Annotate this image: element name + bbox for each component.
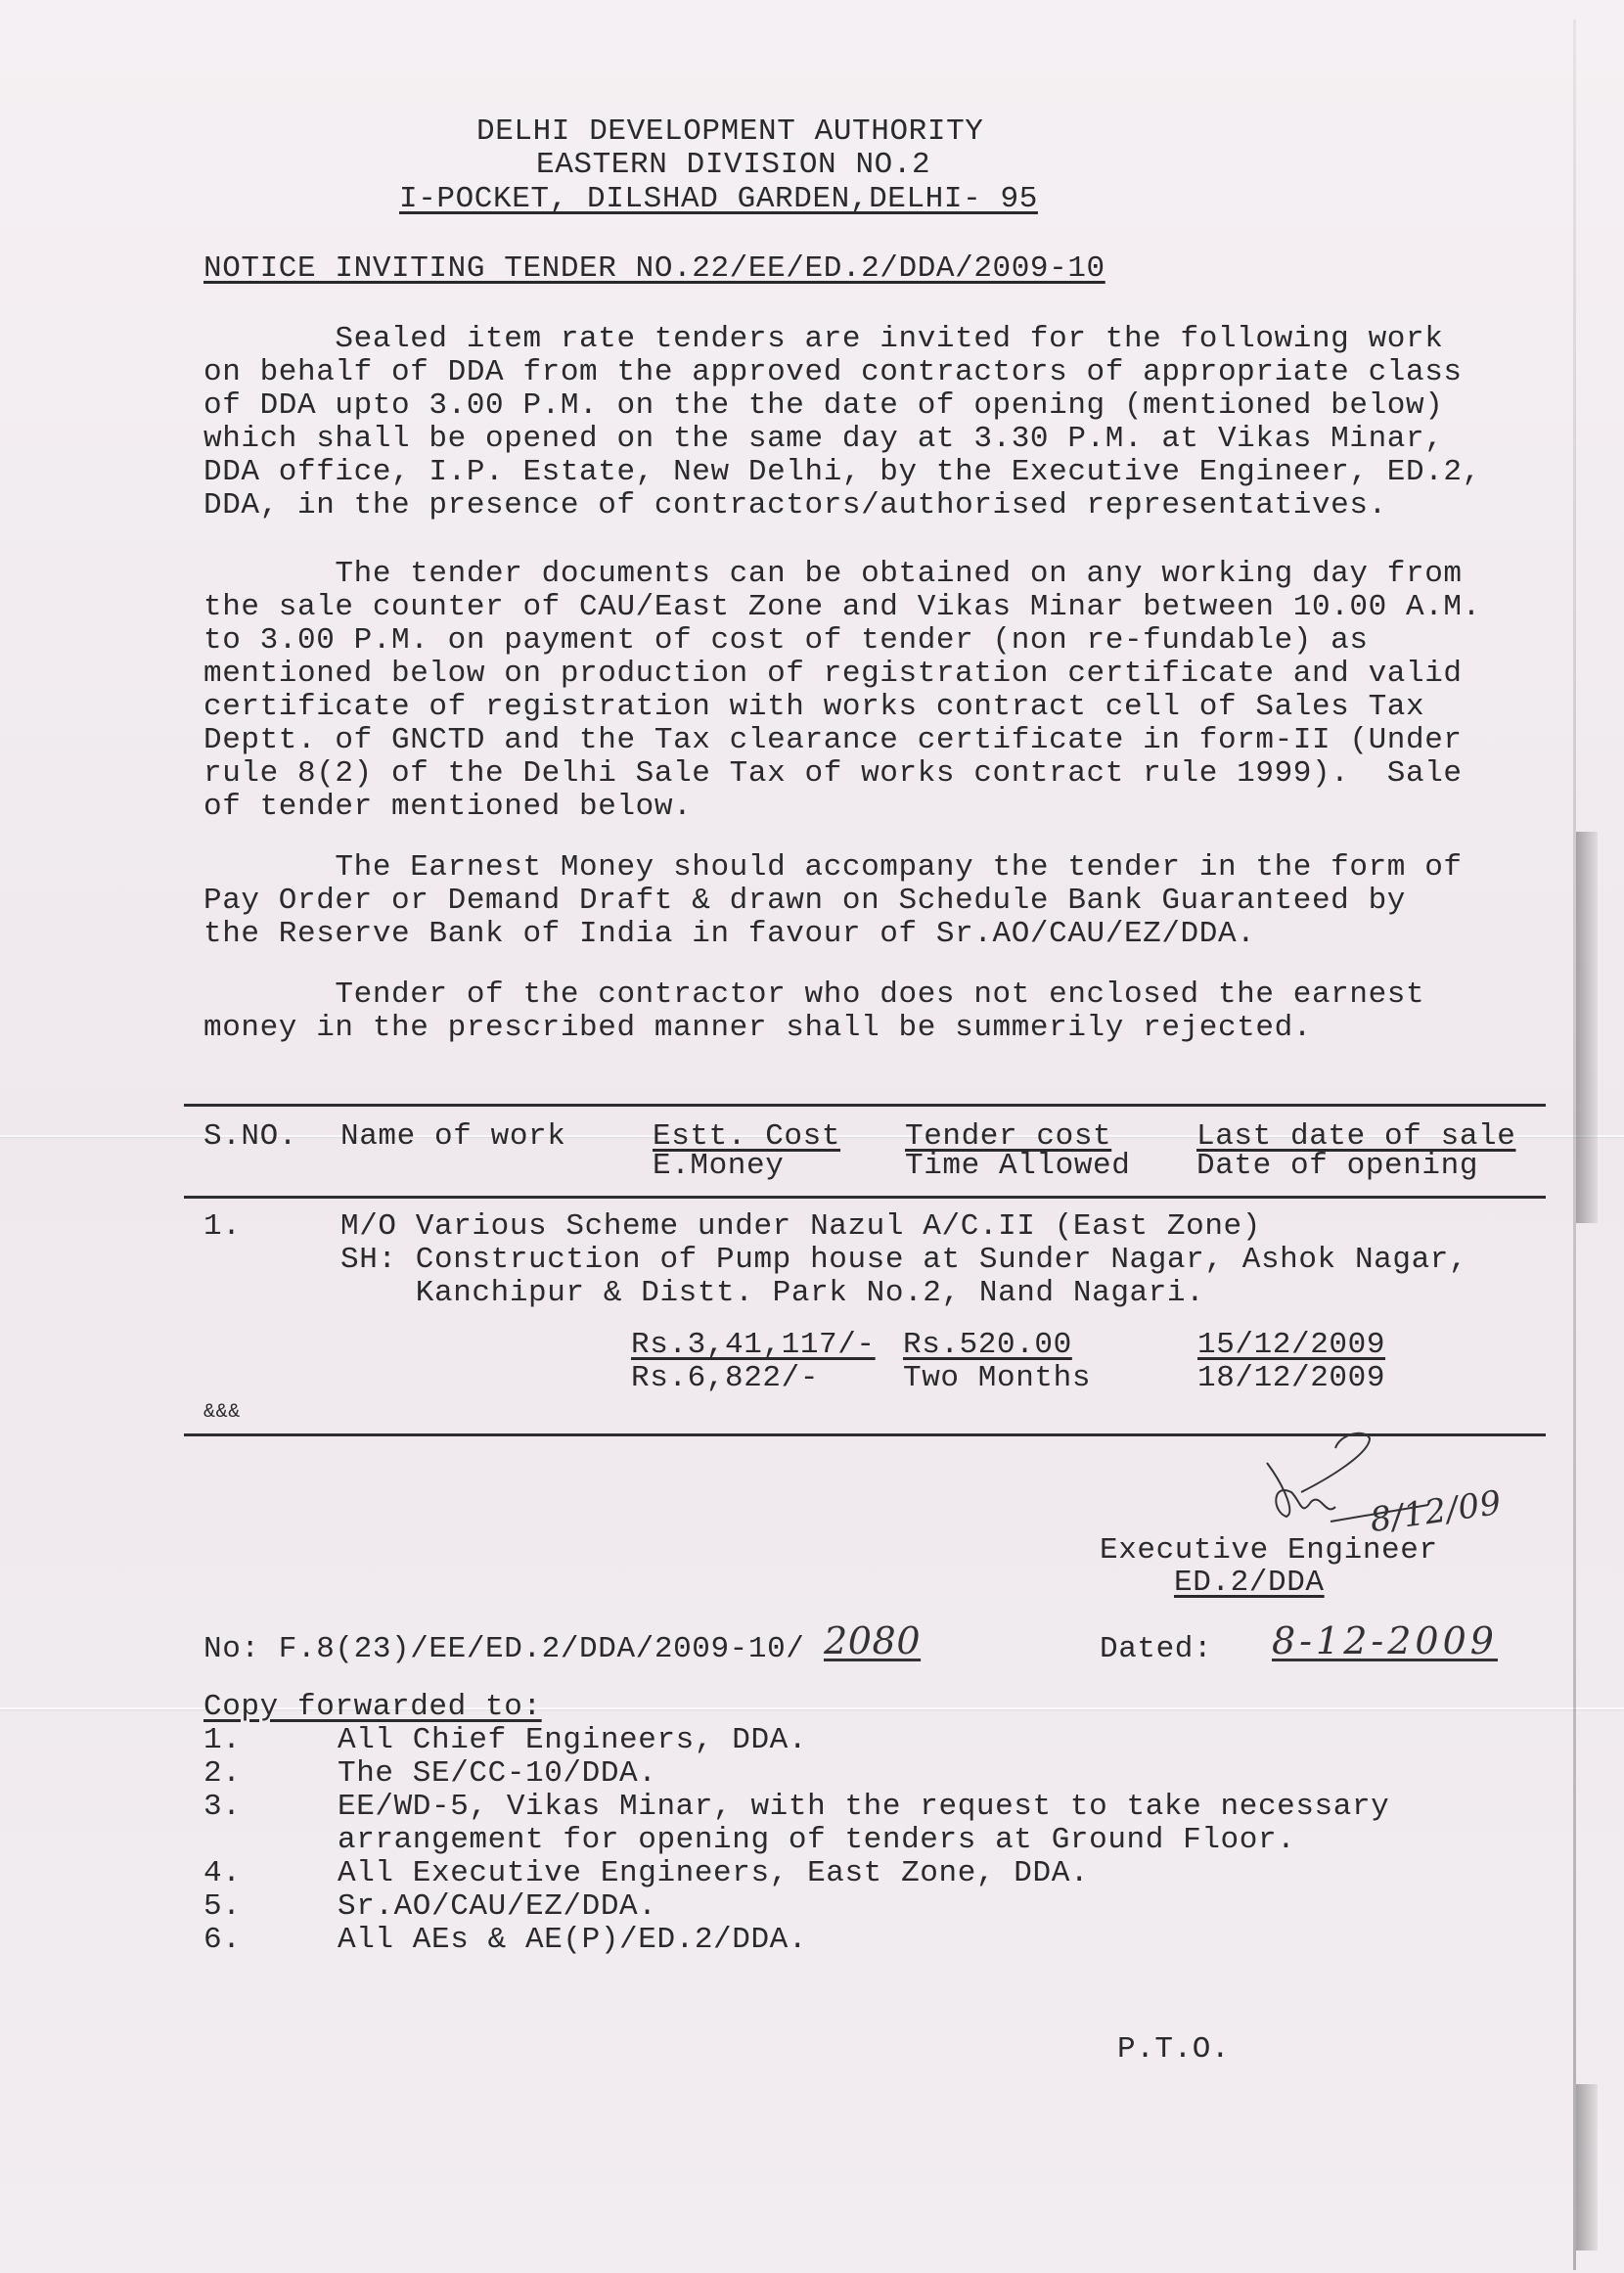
row-work-line-1: M/O Various Scheme under Nazul A/C.II (E… [340, 1210, 1261, 1244]
body-paragraph-line: money in the prescribed manner shall be … [203, 1012, 1312, 1045]
copy-item-text: The SE/CC-10/DDA. [338, 1757, 656, 1791]
col-header-name: Name of work [340, 1120, 565, 1154]
division-name: EASTERN DIVISION NO.2 [536, 149, 930, 182]
copy-item-number: 1. [203, 1724, 241, 1757]
body-paragraph-line: mentioned below on production of registr… [203, 658, 1463, 691]
copy-item-text: arrangement for opening of tenders at Gr… [338, 1824, 1295, 1857]
body-paragraph-line: the Reserve Bank of India in favour of S… [203, 918, 1255, 951]
body-paragraph-line: Tender of the contractor who does not en… [203, 978, 1424, 1012]
body-paragraph-line: The Earnest Money should accompany the t… [203, 851, 1463, 885]
body-paragraph-line: the sale counter of CAU/East Zone and Vi… [203, 591, 1481, 624]
pto-label: P.T.O. [1117, 2033, 1230, 2067]
body-paragraph-line: DDA office, I.P. Estate, New Delhi, by t… [203, 456, 1481, 489]
scan-shadow [1576, 832, 1598, 1223]
row-work-line-2: SH: Construction of Pump house at Sunder… [340, 1244, 1467, 1277]
body-paragraph-line: Sealed item rate tenders are invited for… [203, 323, 1443, 356]
last-date-sale-value: 15/12/2009 [1197, 1329, 1385, 1362]
dated-label: Dated: [1100, 1633, 1212, 1666]
copy-item-text: EE/WD-5, Vikas Minar, with the request t… [338, 1791, 1389, 1824]
notice-title: NOTICE INVITING TENDER NO.22/EE/ED.2/DDA… [203, 252, 1105, 286]
col-header-emoney: E.Money [653, 1150, 784, 1183]
scan-shadow [1576, 2084, 1598, 2250]
row-work-line-3: Kanchipur & Distt. Park No.2, Nand Nagar… [340, 1277, 1204, 1310]
body-paragraph-line: of tender mentioned below. [203, 791, 692, 824]
copy-item-number: 6. [203, 1924, 241, 1957]
table-footer-mark: &&& [203, 1396, 241, 1430]
office-address: I-POCKET, DILSHAD GARDEN,DELHI- 95 [399, 183, 1038, 216]
earnest-money-value: Rs.6,822/- [631, 1362, 819, 1395]
body-paragraph-line: Pay Order or Demand Draft & drawn on Sch… [203, 885, 1406, 918]
table-top-rule [184, 1104, 1546, 1107]
estt-cost-value: Rs.3,41,117/- [631, 1329, 876, 1362]
copy-item-text: Sr.AO/CAU/EZ/DDA. [338, 1890, 656, 1924]
copy-item-text: All AEs & AE(P)/ED.2/DDA. [338, 1924, 807, 1957]
table-header-rule [184, 1196, 1546, 1199]
copy-forwarded-heading: Copy forwarded to: [203, 1691, 542, 1724]
reference-number-handwritten: 2080 [824, 1624, 921, 1658]
copy-item-text: All Chief Engineers, DDA. [338, 1724, 807, 1757]
body-paragraph-line: on behalf of DDA from the approved contr… [203, 356, 1463, 389]
col-header-sno: S.NO. [203, 1120, 297, 1154]
copy-item-number: 5. [203, 1890, 241, 1924]
copy-item-number: 3. [203, 1791, 241, 1824]
body-paragraph-line: The tender documents can be obtained on … [203, 558, 1463, 591]
body-paragraph-line: DDA, in the presence of contractors/auth… [203, 489, 1387, 523]
date-opening-value: 18/12/2009 [1197, 1362, 1385, 1395]
body-paragraph-line: rule 8(2) of the Delhi Sale Tax of works… [203, 757, 1463, 791]
time-allowed-value: Two Months [903, 1362, 1091, 1395]
copy-item-text: All Executive Engineers, East Zone, DDA. [338, 1857, 1089, 1890]
body-paragraph-line: which shall be opened on the same day at… [203, 423, 1443, 456]
signatory-office: ED.2/DDA [1174, 1567, 1325, 1600]
org-name: DELHI DEVELOPMENT AUTHORITY [476, 115, 983, 149]
col-header-date-opening: Date of opening [1196, 1150, 1478, 1183]
col-header-time-allowed: Time Allowed [905, 1150, 1130, 1183]
signatory-designation: Executive Engineer [1100, 1534, 1438, 1568]
tender-cost-value: Rs.520.00 [903, 1329, 1072, 1362]
row-sno: 1. [203, 1210, 241, 1244]
copy-item-number: 4. [203, 1857, 241, 1890]
body-paragraph-line: of DDA upto 3.00 P.M. on the the date of… [203, 389, 1443, 423]
dated-handwritten: 8-12-2009 [1272, 1624, 1498, 1658]
copy-item-number: 2. [203, 1757, 241, 1791]
body-paragraph-line: to 3.00 P.M. on payment of cost of tende… [203, 624, 1369, 658]
reference-number: No: F.8(23)/EE/ED.2/DDA/2009-10/ [203, 1633, 805, 1666]
body-paragraph-line: Deptt. of GNCTD and the Tax clearance ce… [203, 724, 1463, 757]
body-paragraph-line: certificate of registration with works c… [203, 691, 1424, 724]
